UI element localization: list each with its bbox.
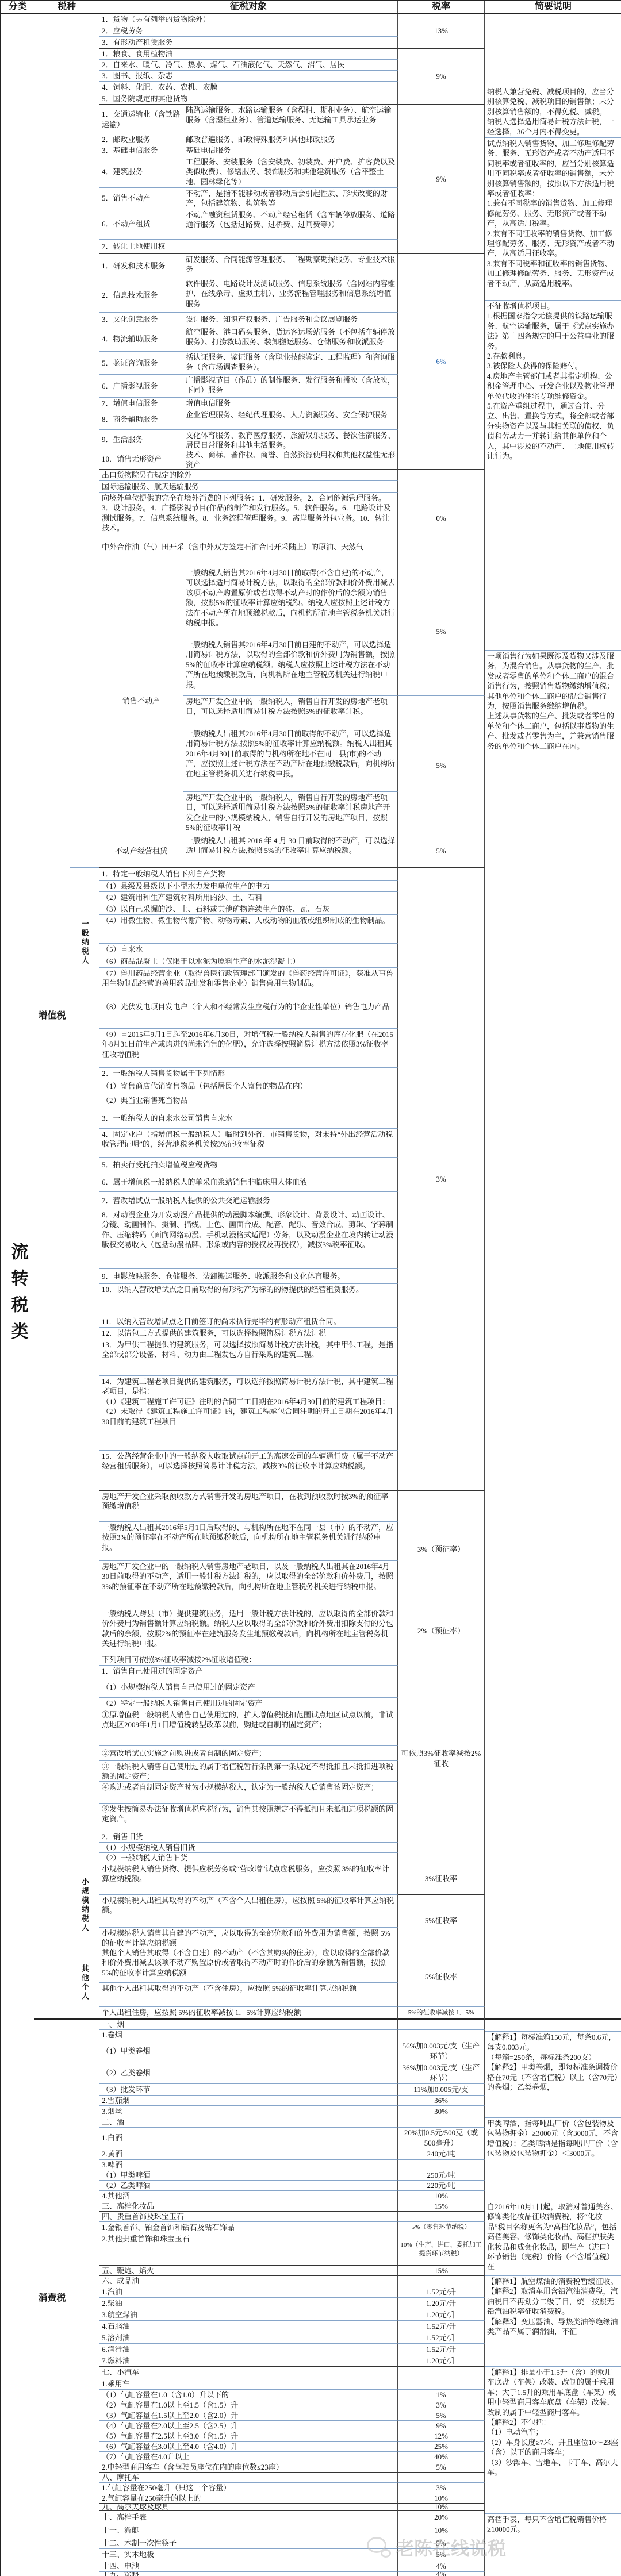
rate-cell: 3% (398, 2400, 485, 2410)
tax-item: 1.金银首饰、铂金首饰和钻石及钻石饰品 (99, 2222, 398, 2233)
rate-cell: 5% (398, 567, 485, 696)
tax-item-text: 中外合作油（气）田开采（含中外双方签定石油合同开采陆上）的原油、天然气 (102, 542, 363, 552)
tax-item: 3.航空煤油 (99, 2309, 398, 2321)
tax-item-detail-text: 研发服务、合同能源管理服务、工程勘察勘探服务、专业技术服务 (186, 255, 395, 275)
note-cell-text: 纳税人兼营免税、减税项目的，应当分别核算免税、减税项目的销售额；未分别核算销售额… (487, 87, 619, 137)
tax-item: （5）自来水 (99, 944, 398, 955)
tax-item-text: 个人出租住房，应按照 5%的征收率减按 1．5%计算应纳税额 (102, 2008, 301, 2017)
tax-item-text: 5.溶剂油 (102, 2333, 130, 2343)
tax-item-detail-text: 技术、商标、著作权、商誉、自然资源使用权和其他权益性无形资产 (186, 450, 395, 470)
rate-cell: 5%（零售环节纳税） (398, 2222, 485, 2233)
tax-item-text: 十五、涂料 (102, 2572, 139, 2576)
tax-item-detail: 增值电信服务 (183, 398, 398, 409)
tax-item-text: 一、烟 (102, 2020, 124, 2029)
rate-cell: 10% (398, 2504, 485, 2511)
rate-cell (398, 2030, 485, 2040)
note-cell: 一项销售行为如果既涉及货物又涉及服务，为混合销售。从事货物的生产、批发或者零售的… (485, 651, 621, 2020)
tax-item: 二、酒 (99, 2117, 398, 2128)
tax-item: 六、成品油 (99, 2276, 398, 2286)
rate-cell: 可依照3%征收率减按2%征收 (398, 1654, 485, 1863)
tax-item-text: 2、一般纳税人销售货物属于下列情形 (102, 1068, 225, 1078)
tax-item-detail: 一般纳税人出租其 2016 年 4 月 30 日前取得的不动产，可以选择适用简易… (183, 835, 398, 868)
tax-item: 7．营改增试点一般纳税人提供的公共交通运输服务 (99, 1192, 398, 1209)
taxpayer-small-scale-label: 小规模纳税人 (70, 1863, 99, 1947)
tax-item-text: 2.其他贵重首饰和珠宝玉石 (102, 2234, 190, 2244)
tax-item-text: 二、酒 (102, 2117, 124, 2127)
tax-item: 一、烟 (99, 2020, 398, 2030)
rate-cell: 5%征收率 (398, 1895, 485, 1947)
tax-item-detail: 设计服务、知识产权服务、广告服务和会议展览服务 (183, 313, 398, 326)
rate-cell: 10%（生产、进口、委托加工提货环节纳税） (398, 2233, 485, 2266)
rate-cell-text: 250元/吨 (427, 2170, 455, 2180)
tax-item-label-text: 1．交通运输业（含铁路运输） (102, 109, 181, 129)
rate-cell-text: 220元/吨 (427, 2181, 455, 2190)
rate-cell-text: 1.20元/升 (426, 2356, 456, 2366)
tax-item: 2.气缸容量在250毫升的以上的 (99, 2493, 398, 2504)
tax-item: 5．国务院规定的其他货物 (99, 93, 398, 105)
taxpayer-small-scale-label-text: 小规模纳税人 (79, 1878, 89, 1933)
tax-type-vat-text: 增值税 (38, 1010, 66, 1022)
tax-item: （3）气缸容量在1.5以上至2.0（含2.0）升 (99, 2410, 398, 2421)
tax-item: （1）小规模纳税人销售旧货 (99, 1843, 398, 1853)
tax-item-text: 3．一般纳税人的自来水公司销售自来水 (102, 1113, 233, 1123)
tax-item-label: 7．转让土地使用权 (99, 240, 183, 254)
rate-cell-text: 30% (434, 2106, 448, 2116)
tax-item: 8．对动漫企业为开发动漫产品提供的动漫脚本编撰、形象设计、背景设计、动画设计、分… (99, 1209, 398, 1269)
note-cell-text: 甲类啤酒，指每吨出厂价（含包装物及包装物押金）≥3000元（含3000元，不含增… (487, 2119, 619, 2159)
tax-item: 十一、游艇 (99, 2524, 398, 2537)
tax-item-detail: 不动产融资租赁服务、不动产经营租赁（含车辆停放服务、道路通行服务（包括过路费、过… (183, 209, 398, 240)
tax-item: 1.气缸容量在250毫升（只这一个容量） (99, 2483, 398, 2493)
tax-item: （1）寄售商店代销寄售物品（包括居民个人寄售的物品在内） (99, 1079, 398, 1093)
tax-item: （3）以自己采掘的沙、土、石料或其他矿物连续生产的砖、瓦、石灰 (99, 903, 398, 915)
tax-item-detail-text: 一般纳税人销售其2016年4月30日前自建的不动产，可以选择适用简易计税方法，以… (186, 640, 395, 690)
rate-cell-text: 5%（零售环节纳税） (412, 2223, 471, 2232)
rate-cell: 3% (398, 868, 485, 1491)
tax-item: 5.溶剂油 (99, 2332, 398, 2344)
tax-item: （1）甲类啤酒 (99, 2170, 398, 2181)
tax-item: 三、高档化妆品 (99, 2201, 398, 2212)
tax-item-label: 9．生活服务 (99, 430, 183, 449)
tax-item-detail: 房地产开发企业中的一般纳税人，销售自行开发的房地产老项目，可以选择适用简易计税方… (183, 696, 398, 728)
tax-item: 1．粮食、食用植物油 (99, 49, 398, 60)
tax-item: 1．货物（另有列举的货物除外） (99, 14, 398, 25)
rate-cell-text: 5% (436, 760, 446, 770)
tax-item-text: 14．为建筑工程老项目提供的建筑服务，可以选择按照简易计税方法计税，其中建筑工程… (102, 1377, 395, 1427)
taxpayer-other-individual-label-text: 其他个人 (79, 1964, 89, 2001)
tax-item-detail: 工程服务、安装服务（含安装费、初装费、开户费、扩容费以及类似收费）、修缮服务、装… (183, 156, 398, 188)
tax-item-detail-text: 一般纳税人出租其 2016 年 4 月 30 日前取得的不动产，可以选择适用简易… (186, 836, 395, 856)
category-label: 流转税类 (1, 14, 34, 2576)
tax-type-consumption: 消费税 (34, 2020, 70, 2576)
tax-item-label-text: 3．基础电信服务 (102, 145, 158, 155)
tax-item-text: 三、高档化妆品 (102, 2201, 154, 2211)
tax-item-text: 13．为甲供工程提供的建筑服务，可以选择按照简易计税方法计税，其中甲供工程，是指… (102, 1340, 395, 1360)
tax-item: 4.石脑油 (99, 2321, 398, 2332)
tax-type-consumption-text: 消费税 (38, 2292, 66, 2304)
rate-cell: 56%加0.003元/支（生产环节） (398, 2040, 485, 2062)
header-tax-type-text: 税种 (57, 1, 76, 13)
rate-cell: 1.52元/升 (398, 2321, 485, 2332)
tax-item: 12．以清包工方式提供的建筑服务，可以选择按照简易计税方法计税 (99, 1328, 398, 1339)
tax-item-text: 1．粮食、食用植物油 (102, 49, 173, 59)
tax-item-text: 2．应税劳务 (102, 26, 143, 36)
tax-item: （2）气缸容量在1.0以上至1.5（含1.5）升 (99, 2400, 398, 2410)
tax-item-detail: 技术、商标、著作权、商誉、自然资源使用权和其他权益性无形资产 (183, 449, 398, 470)
rate-cell-text: 3% (436, 2483, 446, 2493)
tax-item: 4．饲料、化肥、农药、农机、农膜 (99, 82, 398, 93)
rate-cell-text: 240元/吨 (427, 2149, 455, 2159)
note-cell: 【解释1】每标准箱150元，每条0.6元，每支0.003元。 （每箱=250条，… (485, 2032, 621, 2118)
tax-item-text: 九、高尔夫球及球具 (102, 2504, 169, 2511)
rate-cell-text: 40% (434, 2452, 448, 2462)
tax-item: 3．图书、报纸、杂志 (99, 71, 398, 82)
tax-item: 向境外单位提供的完全在境外消费的下列服务：1．研发服务。2．合同能源管理服务。3… (99, 493, 398, 541)
tax-item-text: （4）气缸容量在2.0以上至2.5（含2.5）升 (102, 2421, 238, 2431)
tax-item-text: 五、鞭炮、焰火 (102, 2266, 154, 2275)
rate-cell: 3%征收率 (398, 1863, 485, 1895)
tax-item: 小规模纳税人销售其自建的不动产，应以取得的全部价款和价外费用为销售额，按照 5%… (99, 1928, 398, 1947)
rate-cell (398, 2276, 485, 2286)
tax-item-text: 4．饲料、化肥、农药、农机、农膜 (102, 82, 218, 92)
tax-item: 小规模纳税人销售货物、提供应税劳务或“营改增”试点应税服务，应按照 3%的征收率… (99, 1863, 398, 1895)
tax-item-text: （2）气缸容量在1.0以上至1.5（含1.5）升 (102, 2400, 238, 2410)
tax-item: 一般纳税人跨县（市）提供建筑服务，适用一般计税方法计税的，应以取得的全部价款和价… (99, 1608, 398, 1654)
tax-item: （1）县级及县级以下小型水力发电单位生产的电力 (99, 881, 398, 892)
tax-item: 9．电影放映服务、仓储服务、装卸搬运服务、收派服务和文化体育服务。 (99, 1269, 398, 1284)
note-cell-text: 【解释1】每标准箱150元，每条0.6元，每支0.003元。 （每箱=250条，… (487, 2032, 619, 2092)
rate-cell-text: 1.52元/升 (426, 2287, 456, 2297)
tax-item: 15．公路经营企业中的一般纳税人收取试点前开工的高速公司的车辆通行费（属于不动产… (99, 1451, 398, 1491)
tax-item: 14．为建筑工程老项目提供的建筑服务，可以选择按照简易计税方法计税，其中建筑工程… (99, 1376, 398, 1451)
tax-item-text: 房地产开发企业中的一般纳税人销售房地产老项目，以及一般纳税人出租其在2016年4… (102, 1562, 395, 1591)
tax-item-detail: 企业管理服务、经纪代理服务、人力资源服务、安全保护服务 (183, 409, 398, 430)
rate-cell-text: 12% (434, 2431, 448, 2441)
tax-item-text: 十四、电池 (102, 2561, 139, 2571)
taxpayer-other-individual-label: 其他个人 (70, 1947, 99, 2020)
rate-cell-text: 10%（生产、进口、委托加工提货环节纳税） (400, 2241, 482, 2258)
tax-item-text: 2.黄酒 (102, 2149, 122, 2159)
tax-item-text: 3．图书、报纸、杂志 (102, 71, 173, 80)
tax-item-text: 小规模纳税人出租其取得的不动产（不含个人出租住房），应按照 5%的征收率计算应纳… (102, 1896, 395, 1916)
tax-item-text: 15．公路经营企业中的一般纳税人收取试点前开工的高速公司的车辆通行费（属于不动产… (102, 1451, 395, 1471)
tax-item: ①原增值税一般纳税人销售自己使用过的，扩大增值税抵扣范围试点地区试点以前，非试点… (99, 1709, 398, 1746)
note-cell: 高档手表，每只不含增值税销售价格≥10000元。 (485, 2514, 621, 2576)
rate-cell: 1.52元/升 (398, 2286, 485, 2298)
tax-item-detail: 航空服务、港口码头服务、货运客运场站服务（不包括车辆停放服务）、打捞救助服务、装… (183, 326, 398, 352)
tax-item-detail-text: 房地产开发企业中的一般纳税人，销售自行开发的房地产老项目，可以选择适用简易计税方… (186, 697, 395, 717)
tax-item-text: 房地产开发企业采取预收款方式销售开发的房地产项目，在收到预收款时按3%的预征率预… (102, 1491, 395, 1512)
tax-item-label-text: 9．生活服务 (102, 435, 143, 444)
rate-cell: 5% (398, 835, 485, 868)
tax-item: 7.燃料油 (99, 2355, 398, 2367)
note-cell: 不征收增值税项目。 1.根据国家指令无偿提供的铁路运输服务、航空运输服务，属于《… (485, 301, 621, 651)
tax-item: 2．自来水、暖气、冷气、热水、煤气、石油液化气、天然气、沼气、居民 (99, 60, 398, 71)
rate-cell-text: 9% (436, 71, 446, 81)
tax-item-text: 十一、游艇 (102, 2525, 139, 2535)
tax-item: ⑤发生按简易办法征收增值税应税行为，销售其按照规定不得抵扣且未抵扣进项税额的固定… (99, 1804, 398, 1831)
tax-item-text: ③一般纳税人销售自己使用过的属于增值税暂行条例第十条规定不得抵扣且未抵扣进项税额… (102, 1762, 395, 1782)
rate-cell: 5% (398, 2549, 485, 2560)
rate-cell-text: 4% (436, 2561, 446, 2571)
tax-item-text: 4.其他酒 (102, 2191, 130, 2201)
tax-item: （6）气缸容量在3.0以上至4.0（含4.0）升 (99, 2442, 398, 2452)
rate-cell-text: 15% (434, 2201, 448, 2211)
tax-item-text: （8）光伏发电项目发电户（个人和不经常发生应税行为的非企业性单位）销售电力产品 (102, 1002, 390, 1012)
rate-cell-text: 3% (436, 1174, 446, 1184)
rate-cell: 20% (398, 2511, 485, 2524)
rate-cell: 40% (398, 2452, 485, 2462)
note-cell-text: 高档手表，每只不含增值税销售价格≥10000元。 (487, 2515, 619, 2535)
tax-item-detail: 房地产开发企业中的一般纳税人，销售自行开发的房地产老项目，可以选择适用简易计税方… (183, 792, 398, 835)
rate-cell-text: 15% (434, 2266, 448, 2275)
rate-cell-text: 11%加0.005元/支 (413, 2085, 468, 2094)
tax-item-text: 出口货物院另有规定的除外 (102, 470, 191, 480)
tax-item-label: 不动产经营租赁 (99, 835, 183, 868)
rate-cell-text: 20%加0.5元/500克（或500毫升） (400, 2128, 482, 2148)
tax-item-label-text: 10．销售无形资产 (102, 454, 162, 464)
rate-cell: 5%的征收率减按 1．5% (398, 2007, 485, 2020)
tax-item: 四、贵重首饰及珠宝玉石 (99, 2212, 398, 2222)
rate-cell (398, 2020, 485, 2030)
header-tax-rate: 税率 (398, 1, 485, 14)
tax-item-label: 3．基础电信服务 (99, 145, 183, 156)
rate-cell-text: 5% (436, 2550, 446, 2559)
rate-cell-text: 10% (434, 2525, 448, 2535)
tax-item-label-text: 8．商务辅助服务 (102, 414, 158, 424)
rate-cell-text: 25% (434, 2442, 448, 2451)
tax-item: 房地产开发企业中的一般纳税人销售房地产老项目，以及一般纳税人出租其在2016年4… (99, 1561, 398, 1608)
rate-cell-text: 10% (434, 2504, 448, 2511)
tax-item-label: 5．鉴证咨询服务 (99, 352, 183, 375)
tax-item-text: 3.航空煤油 (102, 2310, 137, 2320)
tax-type-vat: 增值税 (34, 14, 70, 2020)
tax-item-detail: 基础电信服务 (183, 145, 398, 156)
rate-cell: 4% (398, 2560, 485, 2572)
rate-cell: 25% (398, 2442, 485, 2452)
tax-item-text: 四、贵重首饰及珠宝玉石 (102, 2212, 184, 2221)
tax-item-label: 5．销售不动产 (99, 188, 183, 209)
tax-item-detail-text: 工程服务、安装服务（含安装费、初装费、开户费、扩容费以及类似收费）、修缮服务、装… (186, 157, 395, 187)
tax-item-detail-text: 增值电信服务 (186, 398, 231, 408)
tax-item: 5．拍卖行受托拍卖增值税应税货物 (99, 1158, 398, 1172)
tax-item: （4）用微生物、微生物代谢产物、动物毒素、人或动物的血液或组织制成的生物制品。 (99, 915, 398, 944)
tax-item: 五、鞭炮、焰火 (99, 2266, 398, 2276)
tax-item: 八、摩托车 (99, 2473, 398, 2483)
tax-item-text: 2.中轻型商用客车（含驾驶员座位在内的座位数≤23座） (102, 2462, 283, 2472)
tax-item-text: 2．自来水、暖气、冷气、热水、煤气、石油液化气、天然气、沼气、居民 (102, 60, 345, 70)
note-cell: 自2016年10月1日起，取消对普通美容、修饰类化妆品征收消费税，将“化妆品”税… (485, 2201, 621, 2276)
rate-cell-text: 1.52元/升 (426, 2333, 456, 2343)
tax-item: ④购进或者自制固定资产时为小规模纳税人，认定为一般纳税人后销售该固定资产； (99, 1782, 398, 1804)
tax-item-label: 8．商务辅助服务 (99, 409, 183, 430)
rate-cell (398, 2367, 485, 2378)
taxpayer-general-label: 一般纳税人 (70, 868, 99, 1863)
rate-cell: 36% (398, 2096, 485, 2106)
tax-item: 4.其他酒 (99, 2191, 398, 2201)
tax-item-text: 1.乘用车 (102, 2379, 130, 2389)
tax-item-text: 十三、实木地板 (102, 2550, 154, 2559)
tax-item-label-text: 3．文化创意服务 (102, 314, 158, 324)
rate-cell: 4% (398, 2572, 485, 2576)
tax-item-text: 1.金银首饰、铂金首饰和钻石及钻石饰品 (102, 2223, 235, 2232)
tax-item: （4）气缸容量在2.0以上至2.5（含2.5）升 (99, 2421, 398, 2431)
tax-item: 4．固定业户（指增值税一般纳税人）临时到外省、市销售货物，对未持“外出经营活动税… (99, 1129, 398, 1158)
rate-cell-text: 5%征收率 (425, 1916, 457, 1925)
tax-item: 2、一般纳税人销售货物属于下列情形 (99, 1068, 398, 1079)
tax-item-text: ④购进或者自制固定资产时为小规模纳税人，认定为一般纳税人后销售该固定资产； (102, 1782, 378, 1792)
note-cell-text: 【解释1】航空煤油的消费税暂缓征收。 【解释2】取消车用含铅汽油消费税，汽油税目… (487, 2277, 619, 2336)
note-cell: 甲类啤酒，指每吨出厂价（含包装物及包装物押金）≥3000元（含3000元，不含增… (485, 2118, 621, 2201)
tax-item-text: 3．有形动产租赁服务 (102, 37, 173, 47)
tax-item-detail (183, 240, 398, 254)
rate-cell: 10% (398, 2191, 485, 2201)
tax-item-label: 2．邮政业服务 (99, 134, 183, 145)
tax-item-detail-text: 设计服务、知识产权服务、广告服务和会议展览服务 (186, 314, 358, 324)
tax-item: 3.烟丝 (99, 2106, 398, 2117)
tax-item: 13．为甲供工程提供的建筑服务，可以选择按照简易计税方法计税，其中甲供工程，是指… (99, 1339, 398, 1376)
header-tax-object: 征税对象 (99, 1, 398, 14)
tax-item-text: 6．属于增值税一般纳税人的单采血浆站销售非临床用人体血液 (102, 1177, 308, 1187)
tax-item: （2）建筑用和生产建筑材料所用的沙、土、石料 (99, 892, 398, 903)
tax-item-label-text: 2．信息技术服务 (102, 290, 158, 300)
tax-item-text: 其他个人销售其取得（不含自建）的不动产（不含其购买的住房），应以取得的全部价款和… (102, 1948, 395, 1978)
rate-cell: 5% (398, 2462, 485, 2473)
rate-cell: 9% (398, 105, 485, 254)
tax-item: 十、高档手表 (99, 2511, 398, 2524)
tax-item-label: 10．销售无形资产 (99, 449, 183, 470)
tax-item: 6．属于增值税一般纳税人的单采血浆站销售非临床用人体血液 (99, 1172, 398, 1192)
rate-cell-text: 5%征收率 (425, 1972, 457, 1982)
tax-item-text: 一般纳税人跨县（市）提供建筑服务，适用一般计税方法计税的，应以取得的全部价款和价… (102, 1609, 395, 1649)
rate-cell-text: 10% (434, 2493, 448, 2503)
rate-cell: 15% (398, 2201, 485, 2212)
rate-cell: 10% (398, 2493, 485, 2504)
tax-item: 其他个人出租其取得的不动产（不含住房），应按照 5%的征收率计算应纳税额 (99, 1983, 398, 2007)
tax-item-text: 9．电影放映服务、仓储服务、装卸搬运服务、收派服务和文化体育服务。 (102, 1271, 345, 1281)
tax-item-text: （1）寄售商店代销寄售物品（包括居民个人寄售的物品在内） (102, 1081, 308, 1091)
rate-cell: 9% (398, 2421, 485, 2431)
tax-item: 6.润滑油 (99, 2344, 398, 2355)
tax-item: （1）甲类卷烟 (99, 2040, 398, 2062)
tax-item-detail-text: 广播影视节目（作品）的制作服务、发行服务和播映（含放映，下同）服务 (186, 375, 395, 395)
header-category-text: 分类 (8, 1, 26, 13)
tax-item-label: 2．信息技术服务 (99, 278, 183, 313)
tax-item-text: 十二、木制一次性筷子 (102, 2538, 177, 2548)
tax-item-text: （4）用微生物、微生物代谢产物、动物毒素、人或动物的血液或组织制成的生物制品。 (102, 916, 390, 925)
tax-item: 2.其他贵重首饰和珠宝玉石 (99, 2233, 398, 2266)
rate-cell (398, 2160, 485, 2170)
tax-item-text: （6）气缸容量在3.0以上至4.0（含4.0）升 (102, 2442, 238, 2451)
tax-item: 房地产开发企业采取预收款方式销售开发的房地产项目，在收到预收款时按3%的预征率预… (99, 1491, 398, 1522)
tax-item-detail: 不动产，是指不能移动或者移动后会引起性质、形状改变的财产，包括建筑物、构筑物等 (183, 188, 398, 209)
tax-item: 出口货物院另有规定的除外 (99, 470, 398, 481)
tax-item-label: 3．文化创意服务 (99, 313, 183, 326)
rate-cell: 30% (398, 2106, 485, 2117)
rate-cell: 11%加0.005元/支 (398, 2084, 485, 2096)
tax-item-detail-text: 航空服务、港口码头服务、货运客运场站服务（不包括车辆停放服务）、打捞救助服务、装… (186, 327, 395, 347)
tax-item-label: 1．研发和技术服务 (99, 254, 183, 278)
tax-item-detail-text: 软件服务、电路设计及测试服务、信息系统服务（含网站内容维护、在线杀毒、虚拟主机）… (186, 279, 395, 309)
tax-item-text: 4.石脑油 (102, 2321, 130, 2331)
tax-item-text: 1．销售自己使用过的固定资产 (102, 1666, 203, 1676)
tax-item-text: 七、小汽车 (102, 2367, 139, 2377)
rate-cell: 15% (398, 2266, 485, 2276)
note-cell: 【解释1】排量小于1.5升（含）的乘用车底盘（车架）改装、改制的属于乘用车；大于… (485, 2367, 621, 2514)
tax-item-text: （2）乙类卷烟 (102, 2068, 151, 2078)
tax-item-text: 下列项目可依照3%征收率减按2%征收增值税： (102, 1655, 256, 1664)
tax-item: 小规模纳税人出租其取得的不动产（不含个人出租住房），应按照 5%的征收率计算应纳… (99, 1895, 398, 1928)
tax-item: （8）光伏发电项目发电户（个人和不经常发生应税行为的非企业性单位）销售电力产品 (99, 1001, 398, 1029)
tax-item-label-text: 7．增值电信服务 (102, 398, 158, 408)
tax-item-text: 六、成品油 (102, 2276, 139, 2286)
rate-cell: 1.20元/升 (398, 2355, 485, 2367)
rate-cell: 2%（预征率） (398, 1608, 485, 1654)
tax-item-text: 1．特定一般纳税人销售下列自产货物 (102, 869, 225, 879)
tax-item-label: 6．不动产租赁 (99, 209, 183, 240)
tax-item-text: ①原增值税一般纳税人销售自己使用过的，扩大增值税抵扣范围试点地区试点以前，非试点… (102, 1710, 395, 1730)
tax-item: ③一般纳税人销售自己使用过的属于增值税暂行条例第十条规定不得抵扣且未抵扣进项税额… (99, 1761, 398, 1782)
rate-cell-text: 5%的征收率减按 1．5% (408, 2009, 474, 2017)
tax-item: （2）一般纳税人销售旧货 (99, 1853, 398, 1863)
tax-item-text: 3.啤酒 (102, 2160, 122, 2170)
tax-item: 1．销售自己使用过的固定资产 (99, 1666, 398, 1677)
subcategory-spacer (70, 2020, 99, 2576)
rate-cell-text: 1% (436, 2390, 446, 2400)
rate-cell: 1.52元/升 (398, 2332, 485, 2344)
tax-item-text: （7）兽用药品经营企业（取得兽医行政管理部门颁发的《兽药经营许可证》，获准从事兽… (102, 968, 395, 989)
tax-item: 11．以纳入营改增试点之日前签订的尚未执行完毕的有形动产租赁合同。 (99, 1316, 398, 1328)
tax-item: 2.中轻型商用客车（含驾驶员座位在内的座位数≤23座） (99, 2462, 398, 2473)
tax-item-label-text: 6．广播影视服务 (102, 381, 158, 391)
tax-item: 2．销售旧货 (99, 1831, 398, 1843)
tax-item-label: 销售不动产 (99, 567, 183, 835)
tax-item-text: 7.燃料油 (102, 2356, 130, 2366)
tax-item-detail-text: 陆路运输服务、水路运输服务（含程租、期租业务）、航空运输服务（含湿租业务）、管道… (186, 105, 395, 125)
note-cell (485, 2020, 621, 2032)
tax-item: 十二、木制一次性筷子 (99, 2537, 398, 2549)
rate-cell: 0% (398, 470, 485, 567)
tax-item: 中外合作油（气）田开采（含中外双方签定石油合同开采陆上）的原油、天然气 (99, 541, 398, 567)
rate-cell-text: 3% (436, 2400, 446, 2410)
tax-item-label: 4．物流辅助服务 (99, 326, 183, 352)
rate-cell: 36%加0.003元/支（生产环节） (398, 2062, 485, 2084)
tax-item-text: （7）气缸容量在4.0升以上 (102, 2452, 190, 2462)
tax-item-text: 5．国务院规定的其他货物 (102, 94, 188, 103)
rate-cell-text: 36%加0.003元/支（生产环节） (400, 2063, 482, 2083)
tax-item: 10．以纳入营改增试点之日前取得的有形动产为标的的物提供的经营租赁服务。 (99, 1284, 398, 1316)
tax-item: （9）自2015年9月1日起至2016年6月30日，对增值税一般纳税人销售的库存… (99, 1029, 398, 1068)
rate-cell: 3%（预征率） (398, 1491, 485, 1608)
rate-cell: 3% (398, 2483, 485, 2493)
note-cell: 【解释1】航空煤油的消费税暂缓征收。 【解释2】取消车用含铅汽油消费税，汽油税目… (485, 2276, 621, 2367)
tax-item-text: （1）甲类啤酒 (102, 2170, 151, 2180)
tax-item-text: （5）气缸容量在2.5以上至3.0（含1.5）升 (102, 2431, 238, 2441)
rate-cell (398, 2212, 485, 2222)
tax-item-text: 7．营改增试点一般纳税人提供的公共交通运输服务 (102, 1195, 270, 1205)
tax-item: 十四、电池 (99, 2560, 398, 2572)
tax-item-label-text: 不动产经营租赁 (115, 846, 167, 856)
tax-item-detail: 括认证服务、鉴证服务（含职业技能鉴定、工程监理）和咨询服务（含市场调查服务）。 (183, 352, 398, 375)
rate-cell-text: 5% (436, 2538, 446, 2548)
tax-item: （2）乙类啤酒 (99, 2181, 398, 2191)
tax-item-detail: 研发服务、合同能源管理服务、工程勘察勘探服务、专业技术服务 (183, 254, 398, 278)
taxpayer-general-label-text: 一般纳税人 (79, 920, 89, 966)
tax-item: 十三、实木地板 (99, 2549, 398, 2560)
tax-item: 3.啤酒 (99, 2160, 398, 2170)
tax-item: 七、小汽车 (99, 2367, 398, 2378)
header-tax-rate-text: 税率 (432, 1, 450, 13)
